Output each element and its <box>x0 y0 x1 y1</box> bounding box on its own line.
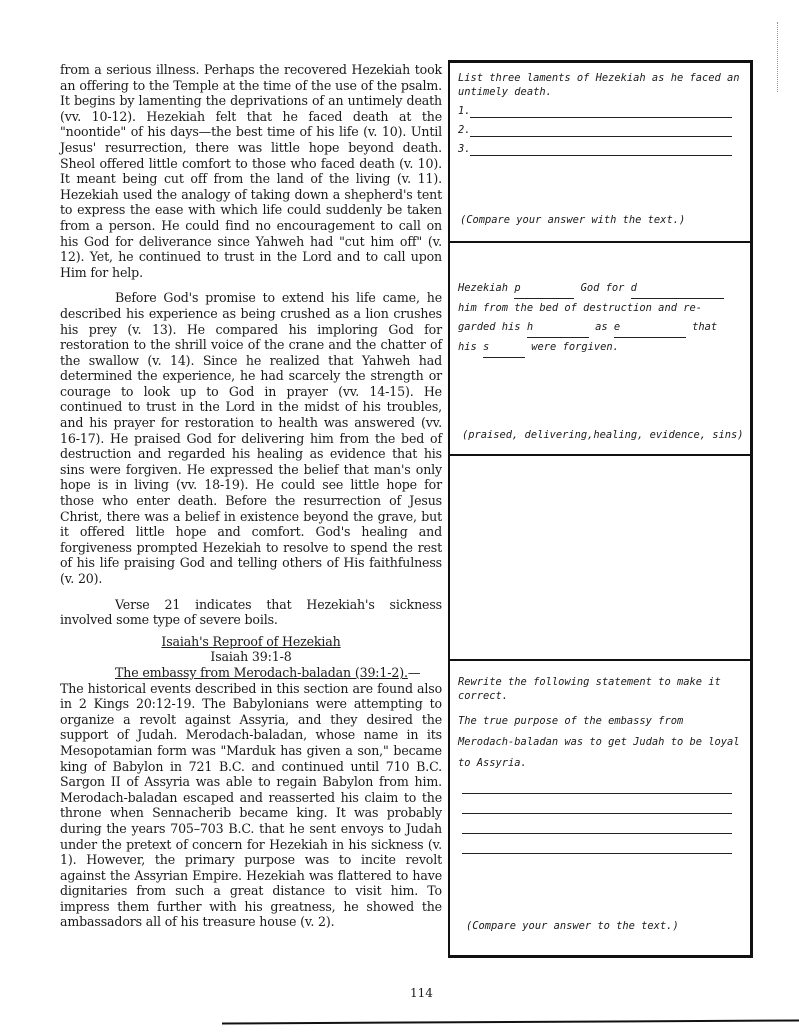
study-box-laments: List three laments of Hezekiah as he fac… <box>448 63 750 243</box>
rewrite-answer-line-1[interactable] <box>462 774 732 794</box>
study-box-fill-in-blanks: Hezekiah p God for d him from the bed of… <box>448 243 750 456</box>
rewrite-answer-line-3[interactable] <box>462 814 732 834</box>
rewrite-answer-line-4[interactable] <box>462 834 732 854</box>
subsection-dash: — <box>408 665 420 680</box>
fill-in-blanks-answer-key: (praised, delivering,healing, evidence, … <box>462 428 744 442</box>
rewrite-prompt: Rewrite the following statement to make … <box>458 675 742 703</box>
study-box-empty <box>448 456 750 661</box>
section-title: Isaiah's Reproof of Hezekiah <box>161 634 340 650</box>
blank-delivering[interactable]: d <box>631 279 724 299</box>
study-box-rewrite: Rewrite the following statement to make … <box>448 661 750 958</box>
blank-sins[interactable]: s <box>483 338 525 358</box>
section-heading: Isaiah's Reproof of Hezekiah Isaiah 39:1… <box>60 634 442 665</box>
paragraph-boils: Verse 21 indicates that Hezekiah's sickn… <box>60 597 442 628</box>
study-box-column: List three laments of Hezekiah as he fac… <box>448 60 753 958</box>
blank-praised[interactable]: p <box>514 279 574 299</box>
answer-line-3[interactable]: 3. <box>458 141 742 156</box>
paragraph-psalm-laments: from a serious illness. Perhaps the reco… <box>60 62 442 280</box>
fill-in-blanks-text: Hezekiah p God for d him from the bed of… <box>458 279 742 358</box>
blank-evidence[interactable]: e <box>614 318 686 338</box>
blank-healing[interactable]: h <box>527 318 589 338</box>
answer-line-2[interactable]: 2. <box>458 122 742 137</box>
rewrite-statement: The true purpose of the embassy from Mer… <box>458 711 742 774</box>
paragraph-embassy: The historical events described in this … <box>60 681 442 931</box>
laments-footer: (Compare your answer with the text.) <box>460 213 685 227</box>
section-reference: Isaiah 39:1-8 <box>60 649 442 665</box>
rewrite-answer-line-2[interactable] <box>462 794 732 814</box>
paragraph-lion-crane: Before God's promise to extend his life … <box>60 290 442 586</box>
subsection-title: The embassy from Merodach-baladan (39:1-… <box>115 665 408 680</box>
main-text-column: from a serious illness. Perhaps the reco… <box>60 62 442 930</box>
bottom-rule-divider <box>222 1019 799 1024</box>
subsection-paragraph: The embassy from Merodach-baladan (39:1-… <box>60 665 442 681</box>
page-number: 114 <box>410 986 433 1000</box>
scan-edge-mark <box>777 22 778 92</box>
rewrite-footer: (Compare your answer to the text.) <box>466 919 679 933</box>
laments-prompt: List three laments of Hezekiah as he fac… <box>458 71 742 99</box>
answer-line-1[interactable]: 1. <box>458 103 742 118</box>
